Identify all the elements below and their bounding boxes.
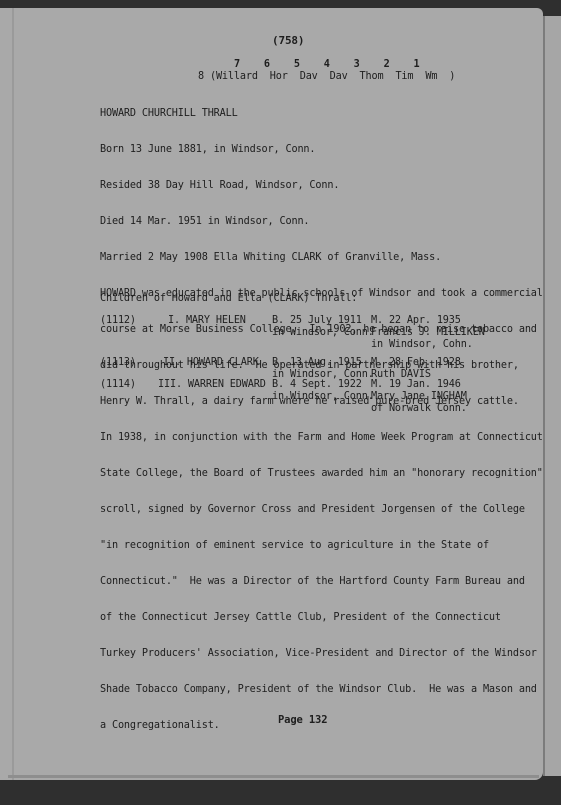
bio-line: "in recognition of eminent service to ag…: [100, 540, 543, 552]
bio-line: scroll, signed by Governor Cross and Pre…: [100, 504, 543, 516]
biography: HOWARD CHURCHILL THRALL Born 13 June 188…: [100, 84, 543, 756]
bio-line: Resided 38 Day Hill Road, Windsor, Conn.: [100, 180, 543, 192]
child-birth-date: B. 25 July 1911: [272, 315, 362, 327]
bio-line: Shade Tobacco Company, President of the …: [100, 684, 543, 696]
child-name: II. HOWARD CLARK: [163, 357, 259, 369]
child-id: (1112): [100, 315, 136, 327]
bio-line: Died 14 Mar. 1951 in Windsor, Conn.: [100, 216, 543, 228]
child-id: (1113): [100, 357, 136, 369]
child-spouse: Francis J. MILLIKEN: [371, 327, 485, 339]
generation-numbers: 7 6 5 4 3 2 1: [234, 59, 420, 71]
child-name: III. WARREN EDWARD: [158, 379, 266, 391]
child-birth-place: in Windsor, Conn.: [272, 327, 374, 339]
child-marriage-place: in Windsor, Cohn.: [371, 339, 473, 351]
child-marriage-place: of Norwalk Conn.: [371, 403, 467, 415]
child-birth-date: B. 13 Aug. 1915: [272, 357, 362, 369]
child-birth-date: B. 4 Sept. 1922: [272, 379, 362, 391]
bio-line: of the Connecticut Jersey Cattle Club, P…: [100, 612, 543, 624]
page-footer: Page 132: [278, 714, 327, 726]
bio-line: Born 13 June 1881, in Windsor, Conn.: [100, 144, 543, 156]
child-birth-place: in Windsor, Conn.: [272, 391, 374, 403]
bio-line: In 1938, in conjunction with the Farm an…: [100, 432, 543, 444]
bio-line: Married 2 May 1908 Ella Whiting CLARK of…: [100, 252, 543, 264]
scanned-page: (758) 7 6 5 4 3 2 1 8 (Willard Hor Dav D…: [0, 8, 543, 780]
child-marriage-date: M. 19 Jan. 1946: [371, 379, 461, 391]
bio-line: Connecticut." He was a Director of the H…: [100, 576, 543, 588]
child-name: I. MARY HELEN: [168, 315, 246, 327]
bio-line: Turkey Producers' Association, Vice-Pres…: [100, 648, 543, 660]
bio-line: State College, the Board of Trustees awa…: [100, 468, 543, 480]
child-marriage-date: M. 22 Apr. 1935: [371, 315, 461, 327]
child-id: (1114): [100, 379, 136, 391]
child-spouse: Mary Jane INGHAM: [371, 391, 467, 403]
subject-name: HOWARD CHURCHILL THRALL: [100, 108, 543, 120]
generation-lineage: 8 (Willard Hor Dav Dav Thom Tim Wm ): [198, 71, 455, 83]
page-number-header: (758): [272, 35, 304, 47]
children-heading: Children of Howard and Ella (CLARK) Thra…: [100, 293, 357, 305]
child-marriage-date: M. 28 Feb. 1928: [371, 357, 461, 369]
adjacent-page-edge: [543, 16, 561, 776]
